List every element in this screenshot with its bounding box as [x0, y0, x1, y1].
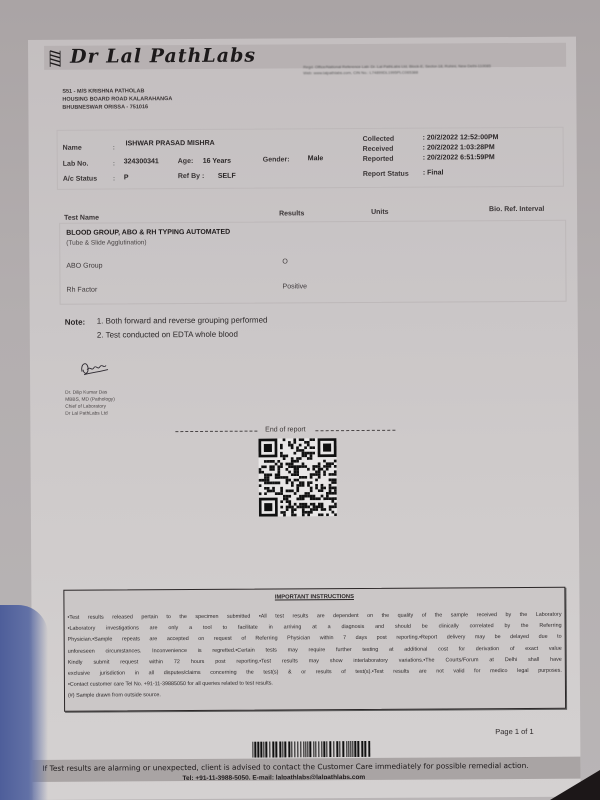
colon: :: [113, 175, 115, 182]
signature: [78, 358, 110, 380]
lab-report-page: Dr Lal PathLabs Regd. Office/National Re…: [28, 37, 581, 800]
brand-logo: Dr Lal PathLabs: [70, 45, 256, 68]
end-of-report: End of report: [175, 426, 395, 434]
colon: :: [113, 160, 115, 167]
regd-office-line: Web: www.lalpathlabs.com, CIN No.: L7489…: [303, 69, 563, 77]
ac-status-label: A/c Status: [63, 176, 97, 183]
col-bio-ref-interval: Bio. Ref. Interval: [489, 206, 544, 213]
received-datetime: : 20/2/2022 1:03:28PM: [423, 144, 495, 151]
received-label: Received: [363, 146, 394, 153]
table-row: Rh Factor Positive: [60, 221, 565, 224]
note-item: 1. Both forward and reverse grouping per…: [97, 316, 268, 326]
ref-by: SELF: [218, 173, 236, 180]
row-result: Positive: [282, 283, 307, 290]
lab-no-label: Lab No.: [63, 161, 89, 168]
instructions-title: IMPORTANT INSTRUCTIONS: [64, 593, 564, 602]
important-instructions: IMPORTANT INSTRUCTIONS •Test results rel…: [63, 587, 566, 712]
collected-label: Collected: [363, 136, 395, 143]
report-status-label: Report Status: [363, 171, 409, 178]
age: 16 Years: [203, 158, 231, 165]
row-result: O: [282, 258, 287, 265]
row-label: Rh Factor: [67, 287, 98, 294]
age-label: Age:: [178, 158, 194, 165]
report-status: : Final: [423, 169, 444, 176]
lab-no: 324300341: [124, 158, 159, 165]
page-number: Page 1 of 1: [495, 727, 533, 736]
gender-label: Gender:: [263, 156, 290, 163]
instruction-line: (#) Sample drawn from outside source.: [68, 688, 562, 702]
signatory-details: Dr. Dilip Kumar Das MBBS, MD (Pathology)…: [65, 389, 115, 417]
barcode: [252, 741, 370, 758]
col-test-name: Test Name: [64, 215, 99, 222]
reported-datetime: : 20/2/2022 6:51:59PM: [423, 154, 495, 161]
test-method: (Tube & Slide Agglutination): [66, 239, 146, 246]
col-results: Results: [279, 210, 304, 217]
gender: Male: [308, 155, 324, 162]
instructions-body: •Test results released pertain to the sp…: [67, 610, 562, 703]
lab-address: S51 - M/S KRISHNA PATHOLAB HOUSING BOARD…: [62, 87, 172, 112]
regd-office: Regd. Office/National Reference Lab: Dr.…: [303, 63, 563, 77]
table-row: ABO Group O: [60, 221, 565, 224]
hand-shadow: [0, 605, 48, 800]
colon: :: [113, 144, 115, 151]
test-name: BLOOD GROUP, ABO & RH TYPING AUTOMATED: [66, 229, 230, 237]
end-of-report-text: End of report: [264, 426, 307, 433]
name-label: Name: [63, 145, 82, 152]
ac-status: P: [124, 174, 129, 181]
collected-datetime: : 20/2/2022 12:52:00PM: [423, 134, 499, 141]
patient-details: Name : ISHWAR PRASAD MISHRA Lab No. : 32…: [57, 127, 564, 190]
signatory-org: Dr Lal PathLabs Ltd: [65, 410, 115, 417]
results-table: BLOOD GROUP, ABO & RH TYPING AUTOMATED (…: [59, 220, 566, 305]
address-line: BHUBNESWAR ORISSA - 751016: [62, 103, 172, 112]
dna-logo-icon: [48, 49, 62, 69]
row-label: ABO Group: [66, 263, 102, 270]
reported-label: Reported: [363, 156, 394, 163]
col-units: Units: [371, 209, 389, 216]
ref-by-label: Ref By :: [178, 173, 204, 180]
qr-code: [258, 438, 336, 516]
patient-name: ISHWAR PRASAD MISHRA: [126, 140, 215, 148]
note-item: 2. Test conducted on EDTA whole blood: [97, 330, 238, 340]
note-label: Note:: [65, 318, 86, 327]
table-corner: [550, 770, 600, 800]
